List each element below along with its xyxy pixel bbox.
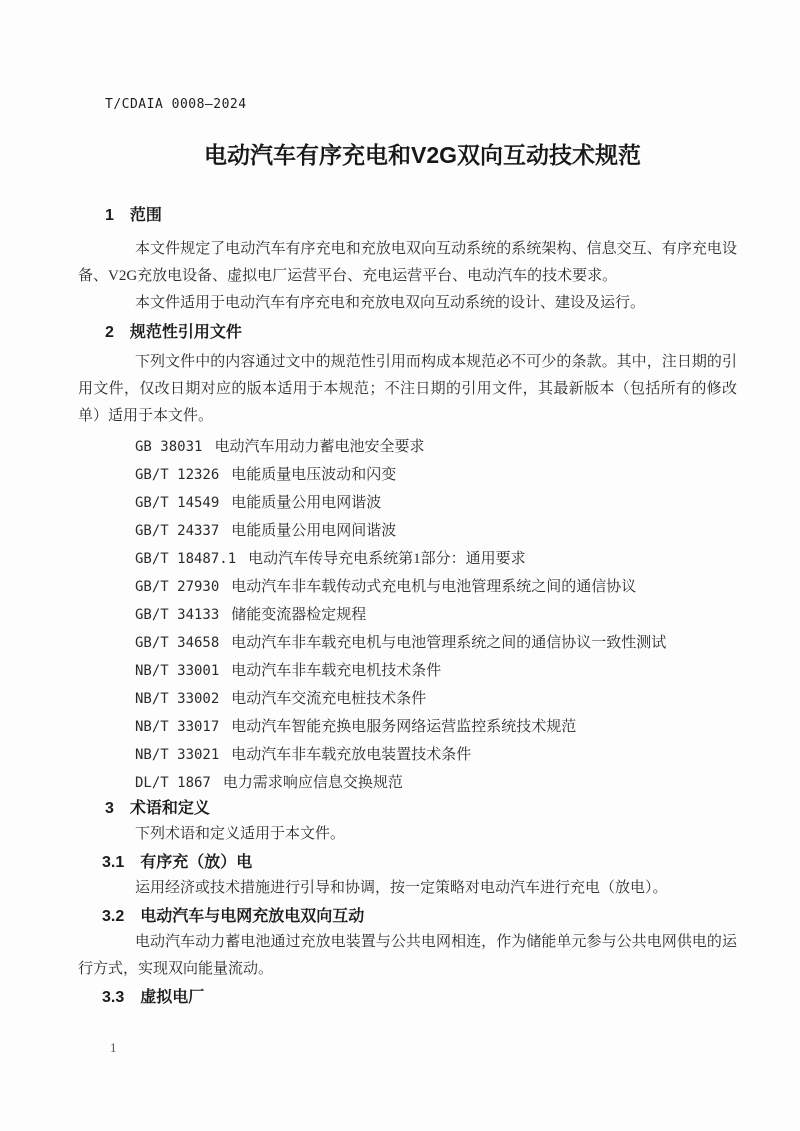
term-item: 3.3虚拟电厂 <box>78 986 737 1010</box>
reference-item: NB/T 33001电动汽车非车载充电机技术条件 <box>135 657 737 685</box>
term-name: 有序充（放）电 <box>140 854 252 871</box>
reference-title: 储能变流器检定规程 <box>231 607 366 623</box>
reference-code: NB/T 33002 <box>135 691 219 707</box>
term-number: 3.2 <box>102 905 124 929</box>
reference-item: GB/T 12326电能质量电压波动和闪变 <box>135 461 737 489</box>
clause-1-heading: 1范围 <box>105 204 737 228</box>
clause-title: 范围 <box>130 207 162 224</box>
reference-item: NB/T 33017电动汽车智能充换电服务网络运营监控系统技术规范 <box>135 713 737 741</box>
page-content: T/CDAIA 0008—2024 电动汽车有序充电和V2G双向互动技术规范 1… <box>78 96 737 1010</box>
reference-item: GB/T 34658电动汽车非车载充电机与电池管理系统之间的通信协议一致性测试 <box>135 629 737 657</box>
reference-code: GB/T 34133 <box>135 607 219 623</box>
reference-item: GB/T 24337电能质量公用电网间谐波 <box>135 517 737 545</box>
doc-number: T/CDAIA 0008—2024 <box>105 96 737 114</box>
reference-title: 电动汽车非车载充电机技术条件 <box>231 663 441 679</box>
term-number: 3.1 <box>102 851 124 875</box>
reference-title: 电动汽车传导充电系统第1部分：通用要求 <box>248 551 526 567</box>
clause-number: 3 <box>105 797 114 821</box>
paragraph: 本文件适用于电动汽车有序充电和充放电双向互动系统的设计、建设及运行。 <box>78 290 737 317</box>
references-list: GB 38031电动汽车用动力蓄电池安全要求 GB/T 12326电能质量电压波… <box>135 433 737 797</box>
clause-title: 规范性引用文件 <box>130 324 242 341</box>
reference-title: 电动汽车非车载充电机与电池管理系统之间的通信协议一致性测试 <box>231 635 666 651</box>
reference-code: NB/T 33021 <box>135 747 219 763</box>
reference-title: 电能质量公用电网间谐波 <box>231 523 396 539</box>
reference-item: GB/T 34133储能变流器检定规程 <box>135 601 737 629</box>
term-name: 电动汽车与电网充放电双向互动 <box>140 908 364 925</box>
paragraph: 本文件规定了电动汽车有序充电和充放电双向互动系统的系统架构、信息交互、有序充电设… <box>78 236 737 290</box>
term-name: 虚拟电厂 <box>140 989 204 1006</box>
document-page: T/CDAIA 0008—2024 电动汽车有序充电和V2G双向互动技术规范 1… <box>0 0 800 1131</box>
term-heading: 3.2电动汽车与电网充放电双向互动 <box>102 905 737 929</box>
reference-code: GB/T 12326 <box>135 467 219 483</box>
doc-title: 电动汽车有序充电和V2G双向互动技术规范 <box>93 140 752 170</box>
clause-number: 2 <box>105 321 114 345</box>
reference-item: NB/T 33002电动汽车交流充电桩技术条件 <box>135 685 737 713</box>
reference-code: GB/T 18487.1 <box>135 551 236 567</box>
term-item: 3.1有序充（放）电 运用经济或技术措施进行引导和协调，按一定策略对电动汽车进行… <box>78 851 737 902</box>
reference-title: 电动汽车非车载充放电装置技术条件 <box>231 747 471 763</box>
reference-item: GB 38031电动汽车用动力蓄电池安全要求 <box>135 433 737 461</box>
term-item: 3.2电动汽车与电网充放电双向互动 电动汽车动力蓄电池通过充放电装置与公共电网相… <box>78 905 737 983</box>
reference-item: DL/T 1867电力需求响应信息交换规范 <box>135 769 737 797</box>
reference-title: 电动汽车用动力蓄电池安全要求 <box>214 439 424 455</box>
reference-title: 电能质量电压波动和闪变 <box>231 467 396 483</box>
reference-item: GB/T 27930电动汽车非车载传动式充电机与电池管理系统之间的通信协议 <box>135 573 737 601</box>
reference-title: 电动汽车智能充换电服务网络运营监控系统技术规范 <box>231 719 576 735</box>
reference-item: GB/T 18487.1电动汽车传导充电系统第1部分：通用要求 <box>135 545 737 573</box>
clause-title: 术语和定义 <box>130 800 210 817</box>
clause-number: 1 <box>105 204 114 228</box>
reference-title: 电能质量公用电网谐波 <box>231 495 381 511</box>
reference-code: GB/T 14549 <box>135 495 219 511</box>
reference-code: DL/T 1867 <box>135 775 211 791</box>
paragraph: 下列文件中的内容通过文中的规范性引用而构成本规范必不可少的条款。其中，注日期的引… <box>78 349 737 430</box>
paragraph: 下列术语和定义适用于本文件。 <box>78 821 737 848</box>
reference-item: GB/T 14549电能质量公用电网谐波 <box>135 489 737 517</box>
reference-code: NB/T 33001 <box>135 663 219 679</box>
clause-3-heading: 3术语和定义 <box>105 797 737 821</box>
term-heading: 3.3虚拟电厂 <box>102 986 737 1010</box>
reference-title: 电动汽车交流充电桩技术条件 <box>231 691 426 707</box>
reference-code: GB/T 24337 <box>135 523 219 539</box>
terms-list: 3.1有序充（放）电 运用经济或技术措施进行引导和协调，按一定策略对电动汽车进行… <box>78 851 737 1010</box>
clause-2-heading: 2规范性引用文件 <box>105 321 737 345</box>
term-number: 3.3 <box>102 986 124 1010</box>
reference-item: NB/T 33021电动汽车非车载充放电装置技术条件 <box>135 741 737 769</box>
page-number: 1 <box>110 1040 117 1056</box>
reference-code: GB/T 34658 <box>135 635 219 651</box>
term-definition: 运用经济或技术措施进行引导和协调，按一定策略对电动汽车进行充电（放电）。 <box>78 875 737 902</box>
reference-code: GB/T 27930 <box>135 579 219 595</box>
term-heading: 3.1有序充（放）电 <box>102 851 737 875</box>
reference-code: NB/T 33017 <box>135 719 219 735</box>
reference-title: 电力需求响应信息交换规范 <box>223 775 403 791</box>
reference-code: GB 38031 <box>135 439 202 455</box>
term-definition: 电动汽车动力蓄电池通过充放电装置与公共电网相连，作为储能单元参与公共电网供电的运… <box>78 929 737 983</box>
reference-title: 电动汽车非车载传动式充电机与电池管理系统之间的通信协议 <box>231 579 636 595</box>
